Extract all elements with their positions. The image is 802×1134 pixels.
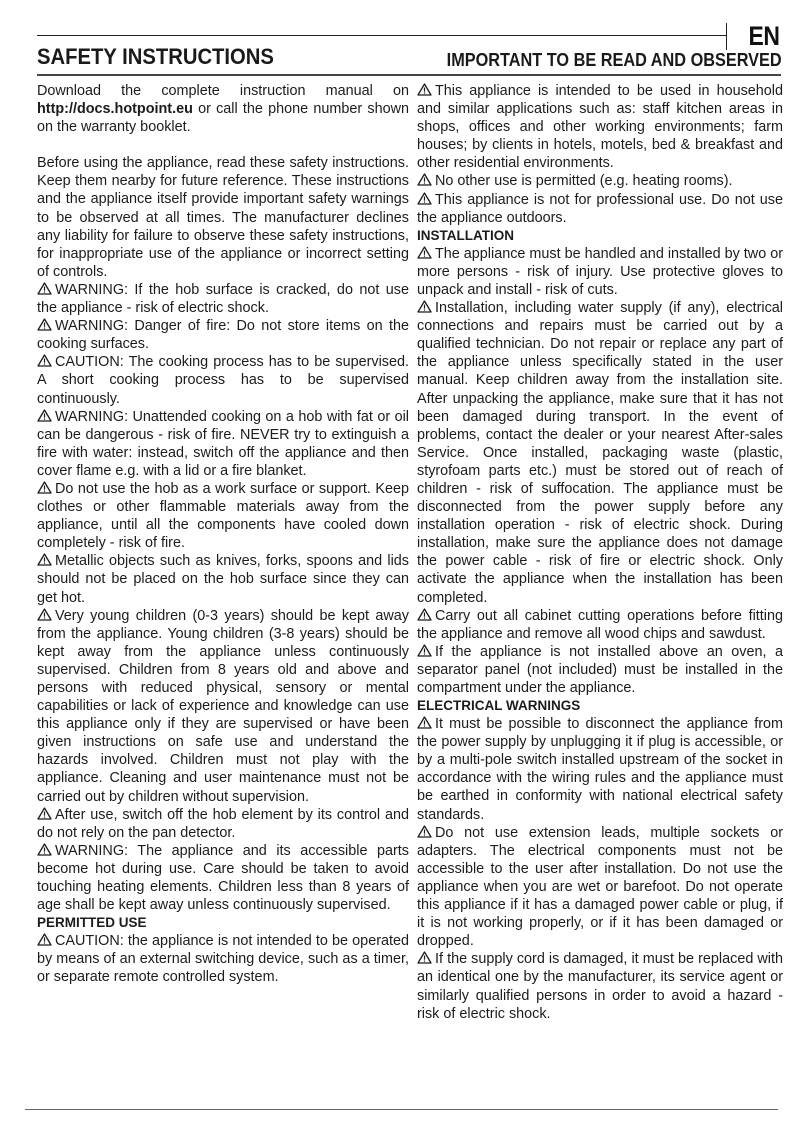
section-heading-installation: INSTALLATION — [417, 227, 783, 245]
header-rule — [37, 74, 781, 76]
warning-item: Very young children (0-3 years) should b… — [37, 607, 409, 806]
warning-item: Do not use extension leads, multiple soc… — [417, 824, 783, 951]
warning-item: WARNING: If the hob surface is cracked, … — [37, 281, 409, 317]
warning-triangle-icon — [417, 192, 432, 205]
warning-triangle-icon — [417, 825, 432, 838]
warning-triangle-icon — [37, 409, 52, 422]
warning-item: It must be possible to disconnect the ap… — [417, 715, 783, 824]
warning-item: WARNING: Danger of fire: Do not store it… — [37, 317, 409, 353]
intro-paragraph: Download the complete instruction manual… — [37, 82, 409, 136]
warning-item: This appliance is intended to be used in… — [417, 82, 783, 172]
right-column: This appliance is intended to be used in… — [417, 82, 783, 1023]
top-rule-tick — [726, 23, 727, 50]
warning-triangle-icon — [417, 83, 432, 96]
warning-item: CAUTION: The cooking process has to be s… — [37, 353, 409, 407]
warning-item: If the appliance is not installed above … — [417, 643, 783, 697]
warning-triangle-icon — [417, 300, 432, 313]
warning-item: WARNING: Unattended cooking on a hob wit… — [37, 408, 409, 480]
warning-item: Do not use the hob as a work surface or … — [37, 480, 409, 552]
warning-triangle-icon — [37, 282, 52, 295]
language-code: EN — [749, 21, 780, 52]
warning-triangle-icon — [37, 553, 52, 566]
warning-triangle-icon — [417, 644, 432, 657]
warning-triangle-icon — [417, 173, 432, 186]
warning-item: After use, switch off the hob element by… — [37, 806, 409, 842]
warning-item: If the supply cord is damaged, it must b… — [417, 950, 783, 1022]
warning-triangle-icon — [37, 608, 52, 621]
warning-item: CAUTION: the appliance is not intended t… — [37, 932, 409, 986]
page-subtitle: IMPORTANT TO BE READ AND OBSERVED — [447, 49, 782, 71]
section-heading-permitted-use: PERMITTED USE — [37, 914, 409, 932]
warning-triangle-icon — [417, 951, 432, 964]
warning-triangle-icon — [37, 843, 52, 856]
warning-triangle-icon — [417, 246, 432, 259]
warning-item: This appliance is not for professional u… — [417, 191, 783, 227]
warning-triangle-icon — [417, 608, 432, 621]
section-heading-electrical-warnings: ELECTRICAL WARNINGS — [417, 697, 783, 715]
left-column: Download the complete instruction manual… — [37, 82, 409, 987]
warning-item: The appliance must be handled and instal… — [417, 245, 783, 299]
warning-triangle-icon — [37, 933, 52, 946]
footer-rule — [25, 1109, 778, 1110]
warning-item: Metallic objects such as knives, forks, … — [37, 552, 409, 606]
manual-url-link[interactable]: http://docs.hotpoint.eu — [37, 101, 193, 117]
warning-item: No other use is permitted (e.g. heating … — [417, 172, 783, 190]
warning-item: Carry out all cabinet cutting operations… — [417, 607, 783, 643]
warning-triangle-icon — [37, 481, 52, 494]
top-rule — [37, 35, 727, 36]
warning-triangle-icon — [37, 354, 52, 367]
warning-item: Installation, including water supply (if… — [417, 299, 783, 607]
warning-triangle-icon — [37, 807, 52, 820]
warning-triangle-icon — [37, 318, 52, 331]
preface-paragraph: Before using the appliance, read these s… — [37, 154, 409, 281]
warning-triangle-icon — [417, 716, 432, 729]
warning-item: WARNING: The appliance and its accessibl… — [37, 842, 409, 914]
page-title: SAFETY INSTRUCTIONS — [37, 44, 274, 70]
